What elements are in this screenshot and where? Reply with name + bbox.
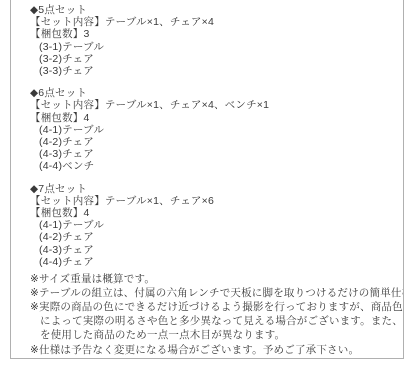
package-item: (3-2)チェア xyxy=(30,53,395,65)
set-contents: 【セット内容】テーブル×1、チェア×4、ベンチ×1 xyxy=(30,99,395,111)
note-line: ※仕様は予告なく変更になる場合がございます。予めご了承下さい。 xyxy=(30,343,395,357)
set-title: ◆6点セット xyxy=(30,87,395,99)
note-line-continuation: を使用した商品のため一点一点木目が異なります。 xyxy=(30,328,395,342)
package-item: (4-1)テーブル xyxy=(30,219,395,231)
package-item: (4-4)ベンチ xyxy=(30,160,395,172)
set-section-6piece: ◆6点セット 【セット内容】テーブル×1、チェア×4、ベンチ×1 【梱包数】4 … xyxy=(30,87,395,172)
package-count: 【梱包数】4 xyxy=(30,207,395,219)
note-line: ※テーブルの組立は、付属の六角レンチで天板に脚を取りつけるだけの簡単仕様です。 xyxy=(30,286,395,300)
set-title: ◆5点セット xyxy=(30,4,395,16)
package-item: (4-4)チェア xyxy=(30,256,395,268)
set-section-5piece: ◆5点セット 【セット内容】テーブル×1、チェア×4 【梱包数】3 (3-1)テ… xyxy=(30,4,395,77)
set-title: ◆7点セット xyxy=(30,183,395,195)
package-item: (4-2)チェア xyxy=(30,136,395,148)
package-item: (3-1)テーブル xyxy=(30,41,395,53)
note-line: ※実際の商品の色にできるだけ近づけるよう撮影を行っておりますが、商品色はご使用の… xyxy=(30,300,395,314)
product-spec-box: ◆5点セット 【セット内容】テーブル×1、チェア×4 【梱包数】3 (3-1)テ… xyxy=(10,0,404,359)
note-line: ※サイズ重量は概算です。 xyxy=(30,272,395,286)
package-item: (4-2)チェア xyxy=(30,231,395,243)
set-contents: 【セット内容】テーブル×1、チェア×4 xyxy=(30,16,395,28)
package-count: 【梱包数】4 xyxy=(30,112,395,124)
package-item: (4-3)チェア xyxy=(30,148,395,160)
package-item: (3-3)チェア xyxy=(30,65,395,77)
package-item: (4-1)テーブル xyxy=(30,124,395,136)
set-section-7piece: ◆7点セット 【セット内容】テーブル×1、チェア×6 【梱包数】4 (4-1)テ… xyxy=(30,183,395,268)
note-line-continuation: によって実際の明るさや色と多少異なって見える場合がございます。また、こちらの商品… xyxy=(30,314,395,328)
notes-block: ※サイズ重量は概算です。 ※テーブルの組立は、付属の六角レンチで天板に脚を取りつ… xyxy=(30,272,395,357)
set-contents: 【セット内容】テーブル×1、チェア×6 xyxy=(30,195,395,207)
package-count: 【梱包数】3 xyxy=(30,28,395,40)
package-item: (4-3)チェア xyxy=(30,244,395,256)
